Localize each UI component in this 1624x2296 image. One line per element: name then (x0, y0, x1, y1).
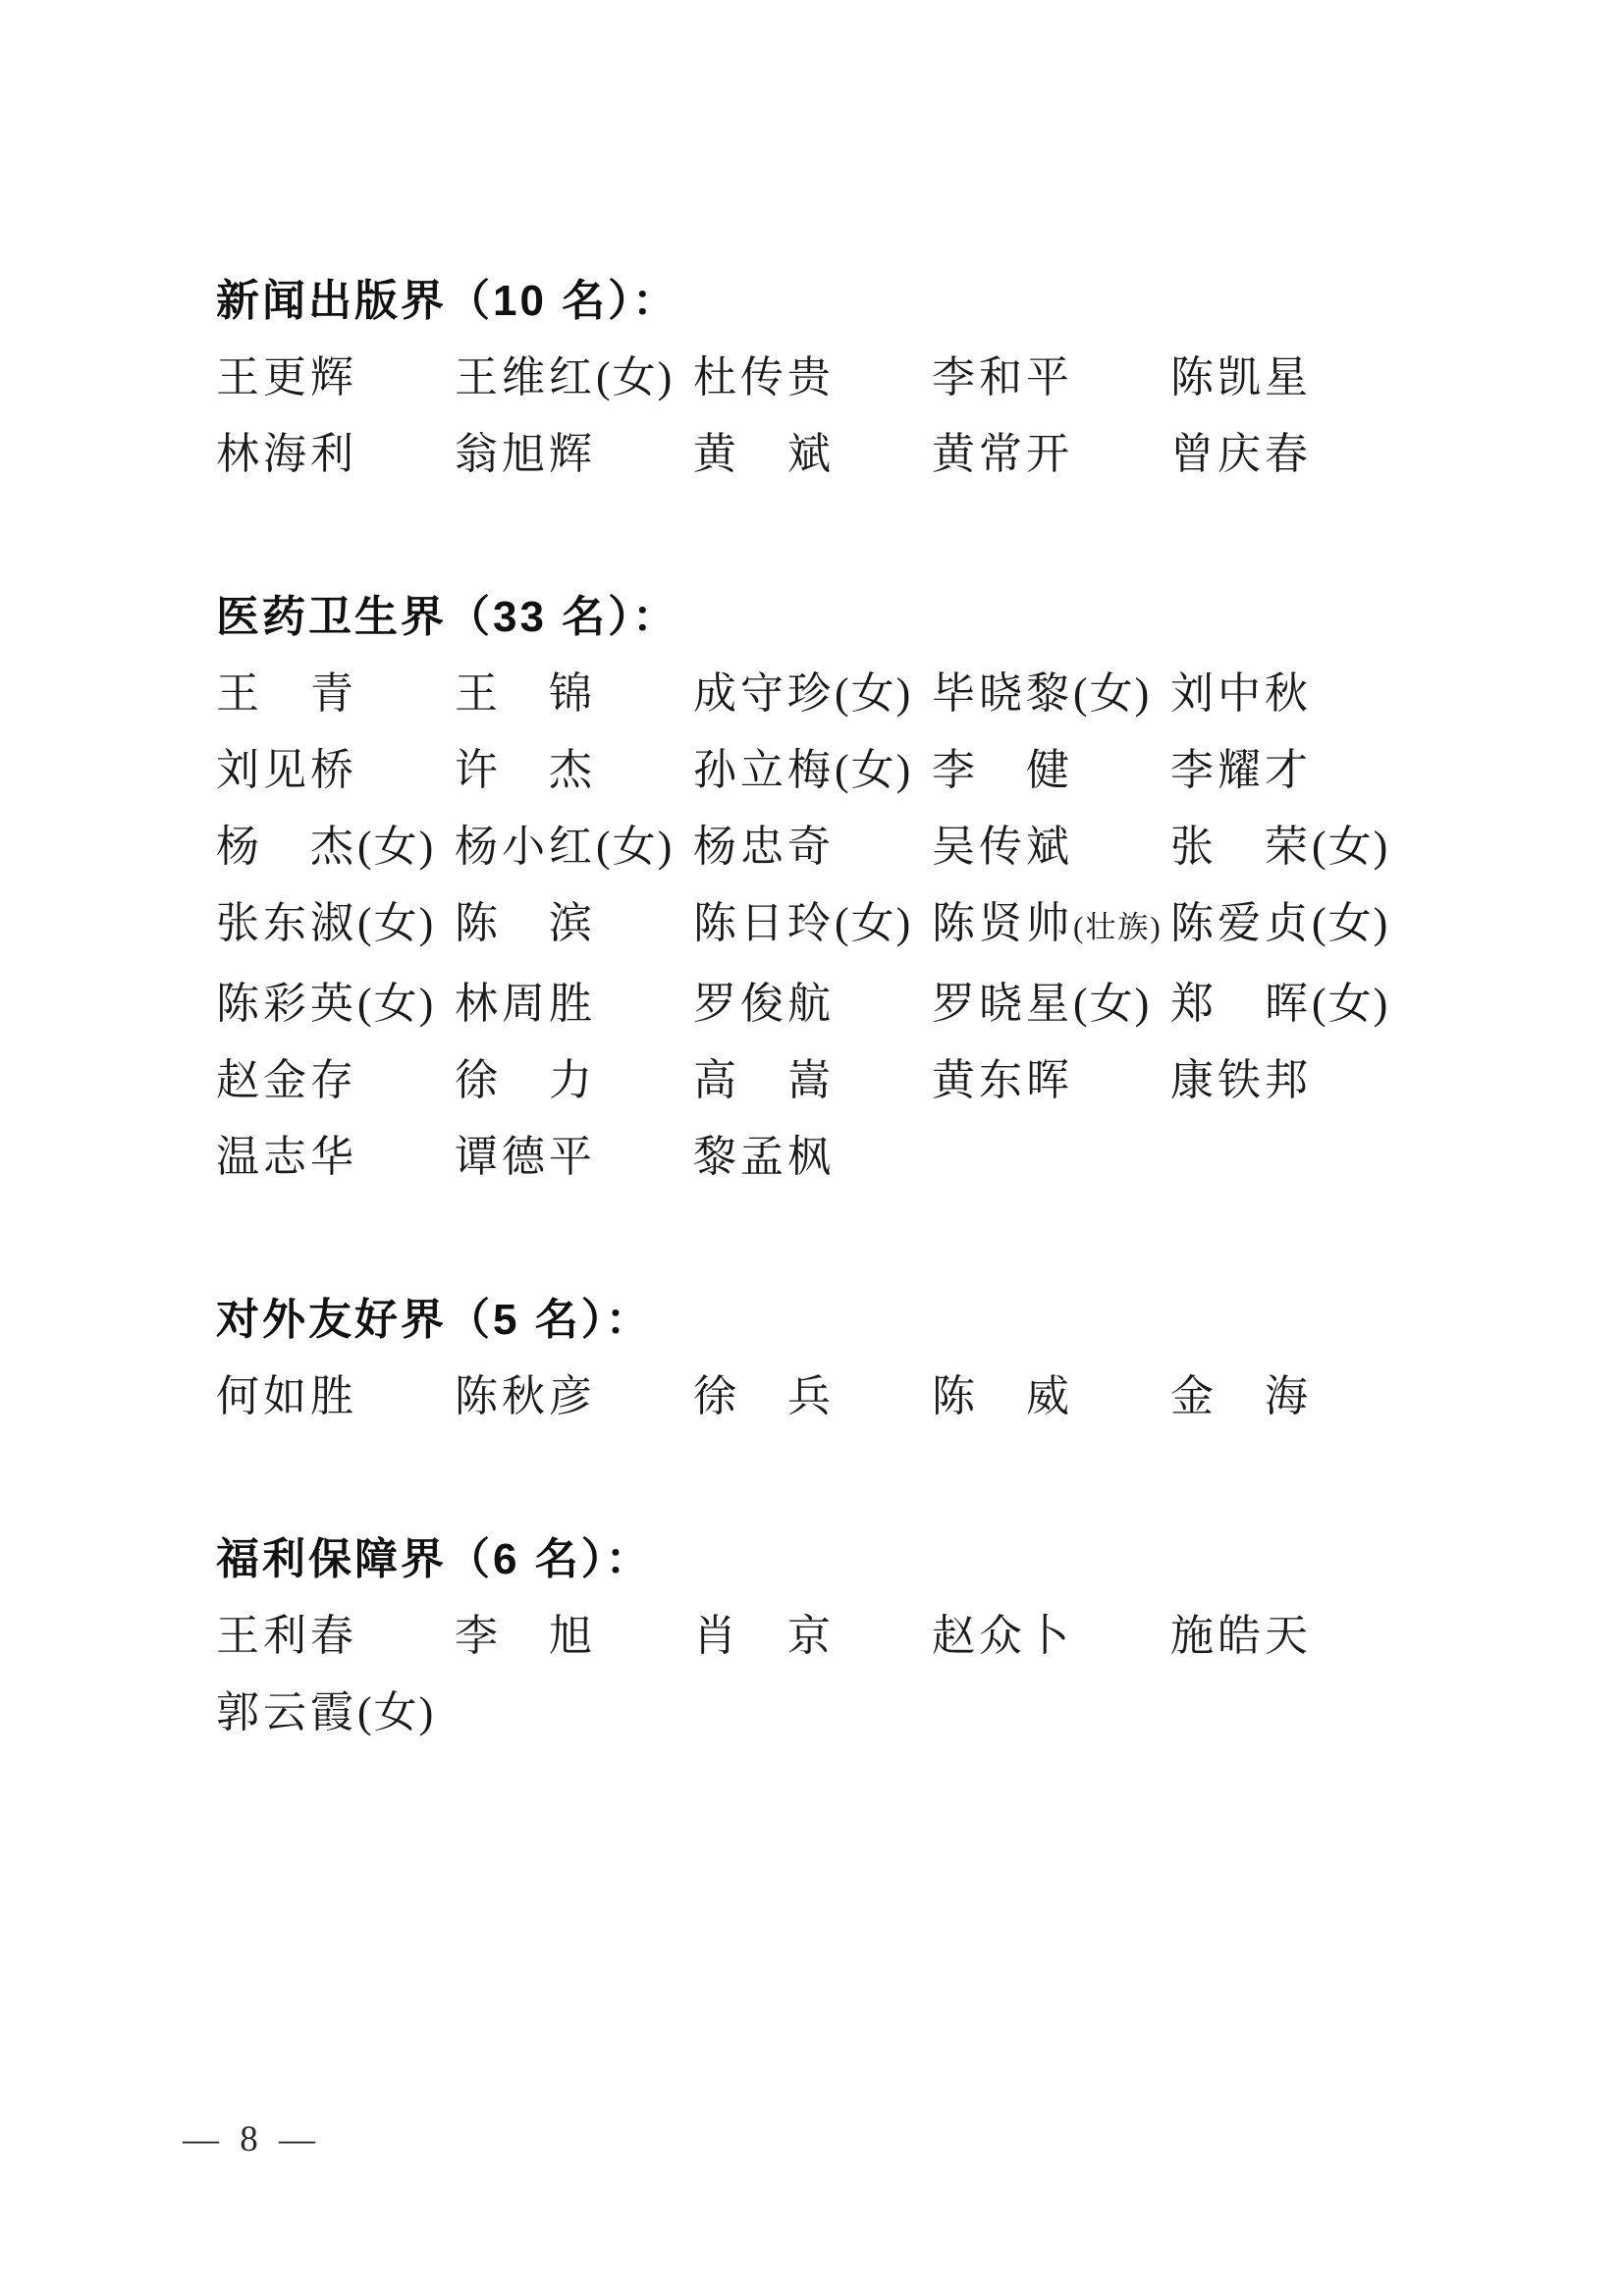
person-name-text: 王 青 (216, 669, 357, 718)
person-name: 黄常开 (932, 416, 1170, 493)
gender-ethnicity-note: (女) (1312, 823, 1389, 871)
person-name: 林海利 (216, 416, 455, 493)
person-name: 陈凯星 (1170, 340, 1409, 416)
person-name-text: 翁旭辉 (455, 430, 596, 478)
person-name-text: 罗俊航 (693, 980, 835, 1028)
name-row: 王利春李 旭肖 京赵众卜施皓天 (216, 1598, 1434, 1675)
person-name-text: 杜传贵 (693, 353, 835, 401)
person-name: 陈日玲(女) (693, 885, 932, 966)
person-name-text: 杨小红 (455, 823, 596, 871)
gender-ethnicity-note: (壮族) (1073, 910, 1163, 944)
person-name-text: 杨 杰 (216, 823, 357, 871)
gender-ethnicity-note: (女) (596, 823, 674, 871)
person-name: 杨 杰(女) (216, 809, 455, 885)
person-name-text: 孙立梅 (693, 746, 835, 794)
gender-ethnicity-note: (女) (1073, 980, 1151, 1028)
person-name-text: 杨忠奇 (693, 823, 835, 871)
person-name: 李 旭 (455, 1598, 693, 1675)
person-name-text: 李 健 (932, 746, 1073, 794)
person-name: 何如胜 (216, 1359, 455, 1435)
person-name: 王利春 (216, 1598, 455, 1675)
person-name: 徐 力 (455, 1042, 693, 1119)
person-name-text: 曾庆春 (1170, 430, 1312, 478)
name-row: 刘见桥许 杰孙立梅(女)李 健李耀才 (216, 732, 1434, 809)
person-name: 陈贤帅(壮族) (932, 885, 1170, 966)
name-list-section: 医药卫生界（33 名）：王 青王 锦成守珍(女)毕晓黎(女)刘中秋刘见桥许 杰孙… (216, 579, 1434, 1196)
person-name: 吴传斌 (932, 809, 1170, 885)
person-name: 陈爱贞(女) (1170, 885, 1409, 966)
person-name: 谭德平 (455, 1119, 693, 1196)
person-name: 黄东晖 (932, 1042, 1170, 1119)
person-name: 林周胜 (455, 966, 693, 1042)
name-row: 王更辉王维红(女)杜传贵李和平陈凯星 (216, 340, 1434, 416)
person-name: 施皓天 (1170, 1598, 1409, 1675)
person-name-text: 郭云霞 (216, 1688, 357, 1736)
person-name-text: 张 荣 (1170, 823, 1312, 871)
name-row: 何如胜陈秋彦徐 兵陈 威金 海 (216, 1359, 1434, 1435)
person-name: 陈 威 (932, 1359, 1170, 1435)
person-name-text: 肖 京 (693, 1612, 835, 1660)
person-name-text: 陈彩英 (216, 980, 357, 1028)
person-name: 毕晓黎(女) (932, 656, 1170, 732)
name-row: 张东淑(女)陈 滨陈日玲(女)陈贤帅(壮族)陈爱贞(女) (216, 885, 1434, 966)
person-name: 郭云霞(女) (216, 1675, 455, 1751)
person-name: 黎孟枫 (693, 1119, 932, 1196)
person-name-text: 黄常开 (932, 430, 1073, 478)
person-name-text: 陈凯星 (1170, 353, 1312, 401)
gender-ethnicity-note: (女) (357, 899, 435, 947)
person-name: 康铁邦 (1170, 1042, 1409, 1119)
person-name: 罗俊航 (693, 966, 932, 1042)
person-name-text: 郑 晖 (1170, 980, 1312, 1028)
document-page: 新闻出版界（10 名）：王更辉王维红(女)杜传贵李和平陈凯星林海利翁旭辉黄 斌黄… (0, 0, 1624, 2296)
gender-ethnicity-note: (女) (835, 899, 912, 947)
section-heading: 对外友好界（5 名）： (216, 1282, 1434, 1359)
section-heading: 新闻出版界（10 名）： (216, 263, 1434, 340)
person-name-text: 赵众卜 (932, 1612, 1073, 1660)
person-name: 杨忠奇 (693, 809, 932, 885)
person-name-text: 赵金存 (216, 1056, 357, 1104)
person-name: 罗晓星(女) (932, 966, 1170, 1042)
person-name-text: 吴传斌 (932, 823, 1073, 871)
person-name-text: 张东淑 (216, 899, 357, 947)
person-name-text: 刘中秋 (1170, 669, 1312, 718)
person-name: 杨小红(女) (455, 809, 693, 885)
person-name-text: 罗晓星 (932, 980, 1073, 1028)
person-name-text: 康铁邦 (1170, 1056, 1312, 1104)
person-name: 徐 兵 (693, 1359, 932, 1435)
gender-ethnicity-note: (女) (1073, 669, 1151, 718)
person-name-text: 陈秋彦 (455, 1372, 596, 1420)
person-name: 金 海 (1170, 1359, 1409, 1435)
name-list-section: 福利保障界（6 名）：王利春李 旭肖 京赵众卜施皓天郭云霞(女) (216, 1522, 1434, 1751)
person-name: 张东淑(女) (216, 885, 455, 966)
person-name: 陈彩英(女) (216, 966, 455, 1042)
person-name-text: 陈日玲 (693, 899, 835, 947)
person-name-text: 毕晓黎 (932, 669, 1073, 718)
person-name: 赵众卜 (932, 1598, 1170, 1675)
person-name: 刘见桥 (216, 732, 455, 809)
person-name-text: 李 旭 (455, 1612, 596, 1660)
person-name-text: 黄 斌 (693, 430, 835, 478)
name-row: 杨 杰(女)杨小红(女)杨忠奇吴传斌张 荣(女) (216, 809, 1434, 885)
person-name-text: 许 杰 (455, 746, 596, 794)
gender-ethnicity-note: (女) (596, 353, 674, 401)
person-name-text: 王利春 (216, 1612, 357, 1660)
person-name: 杜传贵 (693, 340, 932, 416)
name-row: 赵金存徐 力高 嵩黄东晖康铁邦 (216, 1042, 1434, 1119)
person-name-text: 金 海 (1170, 1372, 1312, 1420)
person-name-text: 温志华 (216, 1133, 357, 1181)
person-name-text: 黄东晖 (932, 1056, 1073, 1104)
person-name: 张 荣(女) (1170, 809, 1409, 885)
name-list-section: 对外友好界（5 名）：何如胜陈秋彦徐 兵陈 威金 海 (216, 1282, 1434, 1435)
person-name-text: 谭德平 (455, 1133, 596, 1181)
person-name-text: 李耀才 (1170, 746, 1312, 794)
person-name: 李和平 (932, 340, 1170, 416)
gender-ethnicity-note: (女) (357, 1688, 435, 1736)
person-name: 孙立梅(女) (693, 732, 932, 809)
person-name-text: 何如胜 (216, 1372, 357, 1420)
name-list-section: 新闻出版界（10 名）：王更辉王维红(女)杜传贵李和平陈凯星林海利翁旭辉黄 斌黄… (216, 263, 1434, 493)
person-name-text: 徐 力 (455, 1056, 596, 1104)
person-name-text: 黎孟枫 (693, 1133, 835, 1181)
person-name-text: 王更辉 (216, 353, 357, 401)
gender-ethnicity-note: (女) (835, 669, 912, 718)
person-name-text: 徐 兵 (693, 1372, 835, 1420)
person-name: 翁旭辉 (455, 416, 693, 493)
gender-ethnicity-note: (女) (357, 823, 435, 871)
person-name: 刘中秋 (1170, 656, 1409, 732)
person-name-text: 成守珍 (693, 669, 835, 718)
person-name: 郑 晖(女) (1170, 966, 1409, 1042)
person-name: 王维红(女) (455, 340, 693, 416)
person-name-text: 高 嵩 (693, 1056, 835, 1104)
person-name: 许 杰 (455, 732, 693, 809)
person-name: 李耀才 (1170, 732, 1409, 809)
person-name-text: 施皓天 (1170, 1612, 1312, 1660)
person-name-text: 王维红 (455, 353, 596, 401)
person-name: 李 健 (932, 732, 1170, 809)
person-name-text: 陈爱贞 (1170, 899, 1312, 947)
page-number-footer: — 8 — (183, 2118, 321, 2162)
gender-ethnicity-note: (女) (1312, 980, 1389, 1028)
name-row: 陈彩英(女)林周胜罗俊航罗晓星(女)郑 晖(女) (216, 966, 1434, 1042)
gender-ethnicity-note: (女) (835, 746, 912, 794)
person-name-text: 林周胜 (455, 980, 596, 1028)
person-name: 温志华 (216, 1119, 455, 1196)
name-row: 郭云霞(女) (216, 1675, 1434, 1751)
person-name: 陈秋彦 (455, 1359, 693, 1435)
person-name: 成守珍(女) (693, 656, 932, 732)
name-row: 王 青王 锦成守珍(女)毕晓黎(女)刘中秋 (216, 656, 1434, 732)
person-name-text: 刘见桥 (216, 746, 357, 794)
person-name-text: 林海利 (216, 430, 357, 478)
person-name: 高 嵩 (693, 1042, 932, 1119)
person-name: 黄 斌 (693, 416, 932, 493)
name-row: 温志华谭德平黎孟枫 (216, 1119, 1434, 1196)
gender-ethnicity-note: (女) (357, 980, 435, 1028)
sections: 新闻出版界（10 名）：王更辉王维红(女)杜传贵李和平陈凯星林海利翁旭辉黄 斌黄… (216, 263, 1434, 1838)
person-name: 王 青 (216, 656, 455, 732)
person-name: 曾庆春 (1170, 416, 1409, 493)
gender-ethnicity-note: (女) (1312, 899, 1389, 947)
person-name: 赵金存 (216, 1042, 455, 1119)
person-name-text: 陈贤帅 (932, 899, 1073, 947)
person-name: 王更辉 (216, 340, 455, 416)
person-name-text: 王 锦 (455, 669, 596, 718)
person-name: 王 锦 (455, 656, 693, 732)
person-name-text: 陈 滨 (455, 899, 596, 947)
name-row: 林海利翁旭辉黄 斌黄常开曾庆春 (216, 416, 1434, 493)
section-heading: 医药卫生界（33 名）： (216, 579, 1434, 656)
section-heading: 福利保障界（6 名）： (216, 1522, 1434, 1598)
person-name: 陈 滨 (455, 885, 693, 966)
person-name-text: 陈 威 (932, 1372, 1073, 1420)
person-name-text: 李和平 (932, 353, 1073, 401)
person-name: 肖 京 (693, 1598, 932, 1675)
